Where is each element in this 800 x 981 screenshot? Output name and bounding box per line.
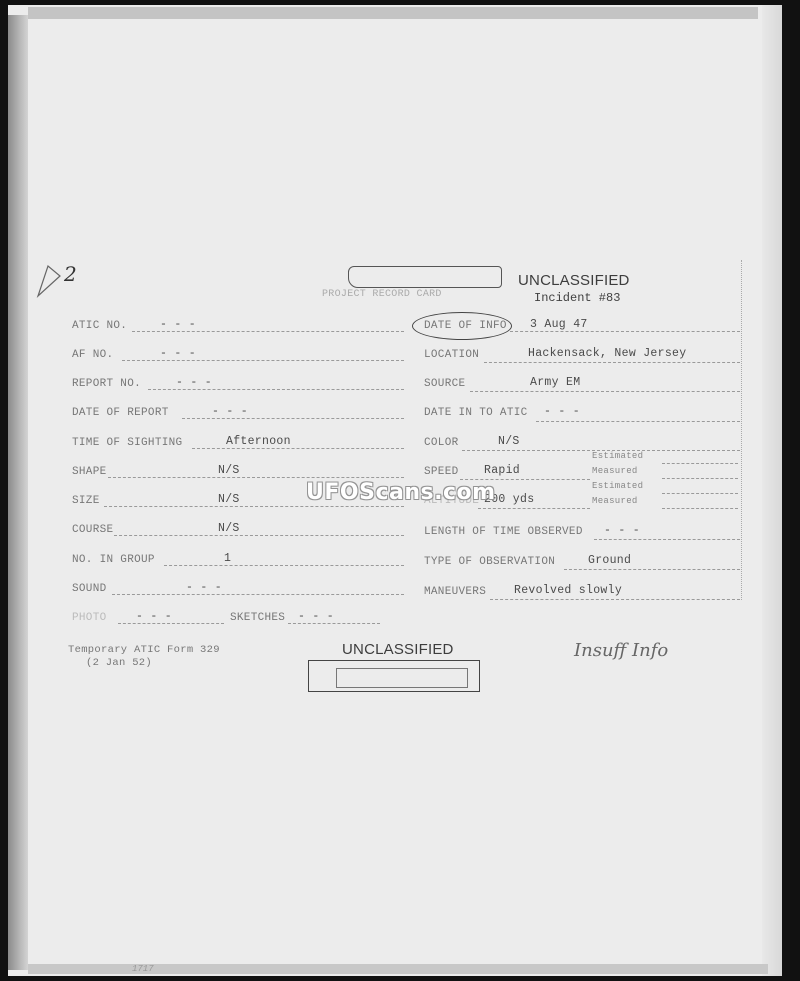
- photo-value: - - -: [136, 610, 172, 623]
- date-in-to-atic-label: DATE IN TO ATIC: [424, 407, 528, 419]
- speed-value: Rapid: [484, 464, 520, 477]
- date-of-report-label: DATE OF REPORT: [72, 407, 169, 419]
- atic-no-label: ATIC NO.: [72, 320, 127, 332]
- color-label: COLOR: [424, 437, 459, 449]
- incident-number: Incident #83: [534, 291, 620, 305]
- type-of-observation-label: TYPE OF OBSERVATION: [424, 556, 555, 568]
- scan-top-edge: [28, 7, 758, 19]
- date-of-info-label: DATE OF INFO: [424, 320, 507, 332]
- shape-label: SHAPE: [72, 466, 107, 478]
- source-value: Army EM: [530, 376, 580, 389]
- location-label: LOCATION: [424, 349, 479, 361]
- atic-no-value: - - -: [160, 318, 196, 331]
- classification-stamp-bottom: UNCLASSIFIED: [342, 641, 454, 658]
- report-no-value: - - -: [176, 376, 212, 389]
- color-value: N/S: [498, 435, 520, 448]
- scan-left-edge: [8, 15, 28, 970]
- date-of-info-value: 3 Aug 47: [530, 318, 588, 331]
- classification-stamp-top: UNCLASSIFIED: [518, 272, 630, 289]
- form-right-border: [741, 260, 742, 600]
- time-of-sighting-label: TIME OF SIGHTING: [72, 437, 182, 449]
- course-value: N/S: [218, 522, 240, 535]
- maneuvers-value: Revolved slowly: [514, 584, 622, 597]
- date-of-report-value: - - -: [212, 405, 248, 418]
- no-in-group-label: NO. IN GROUP: [72, 554, 155, 566]
- size-label: SIZE: [72, 495, 100, 507]
- scan-right-edge: [762, 5, 782, 976]
- length-of-time-value: - - -: [604, 524, 640, 537]
- location-value: Hackensack, New Jersey: [528, 347, 686, 360]
- size-value: N/S: [218, 493, 240, 506]
- sketches-label: SKETCHES: [230, 612, 285, 624]
- watermark: UFOScans.com: [306, 480, 496, 505]
- speed-estimated-label: Estimated: [592, 451, 643, 461]
- course-label: COURSE: [72, 524, 113, 536]
- source-label: SOURCE: [424, 378, 465, 390]
- length-of-time-label: LENGTH OF TIME OBSERVED: [424, 526, 583, 538]
- type-of-observation-value: Ground: [588, 554, 631, 567]
- handwritten-note: Insuff Info: [574, 640, 668, 661]
- redaction-box-top: [348, 266, 502, 288]
- shape-value: N/S: [218, 464, 240, 477]
- altitude-estimated-label: Estimated: [592, 481, 643, 491]
- form-id: Temporary ATIC Form 329: [68, 644, 220, 656]
- bottom-scrawl: 1717: [132, 964, 154, 974]
- photo-label: PHOTO: [72, 612, 107, 624]
- date-in-to-atic-value: - - -: [544, 405, 580, 418]
- sound-label: SOUND: [72, 583, 107, 595]
- af-no-label: AF NO.: [72, 349, 113, 361]
- faded-header: PROJECT RECORD CARD: [322, 289, 442, 300]
- speed-measured-label: Measured: [592, 466, 638, 476]
- speed-label: SPEED: [424, 466, 459, 478]
- altitude-measured-label: Measured: [592, 496, 638, 506]
- sound-value: - - -: [186, 581, 222, 594]
- form-date: (2 Jan 52): [86, 657, 152, 669]
- sketches-value: - - -: [298, 610, 334, 623]
- no-in-group-value: 1: [224, 552, 231, 565]
- time-of-sighting-value: Afternoon: [226, 435, 291, 448]
- report-no-label: REPORT NO.: [72, 378, 141, 390]
- af-no-value: - - -: [160, 347, 196, 360]
- handwritten-mark: 2: [64, 262, 77, 286]
- maneuvers-label: MANEUVERS: [424, 586, 486, 598]
